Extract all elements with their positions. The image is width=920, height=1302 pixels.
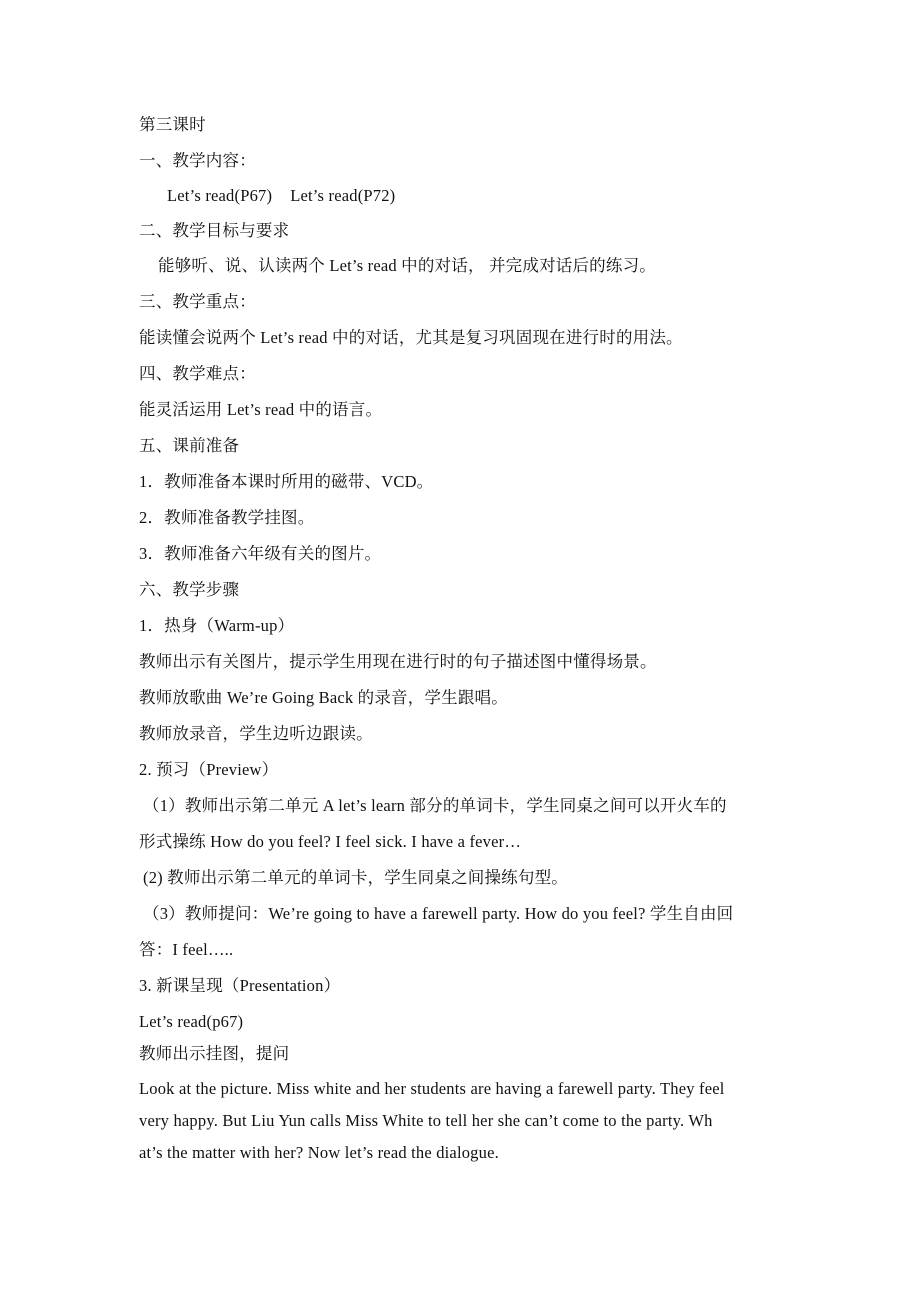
section-heading-key-points: 三、教学重点：	[139, 291, 256, 313]
document-page: 第三课时 一、教学内容： Let’s read(P67)Let’s read(P…	[0, 0, 920, 1302]
presentation-paragraph-line-1: Look at the picture. Miss white and her …	[139, 1078, 725, 1100]
presentation-subheading: Let’s read(p67)	[139, 1011, 243, 1033]
presentation-paragraph-line-3: at’s the matter with her? Now let’s read…	[139, 1142, 499, 1164]
preview-item-3-cont: 答：I feel…..	[139, 939, 233, 961]
section-heading-steps: 六、教学步骤	[139, 579, 239, 601]
preview-item-1: （1）教师出示第二单元 A let’s learn 部分的单词卡，学生同桌之间可…	[143, 795, 727, 817]
key-points-text: 能读懂会说两个 Let’s read 中的对话，尤其是复习巩固现在进行时的用法。	[139, 327, 683, 349]
preparation-item-1: 1．教师准备本课时所用的磁带、VCD。	[139, 471, 433, 493]
goals-text: 能够听、说、认读两个 Let’s read 中的对话， 并完成对话后的练习。	[158, 255, 656, 277]
difficulties-text: 能灵活运用 Let’s read 中的语言。	[139, 399, 382, 421]
lesson-title: 第三课时	[139, 114, 206, 136]
warmup-text-1: 教师出示有关图片，提示学生用现在进行时的句子描述图中懂得场景。	[139, 651, 657, 673]
content-page-1: Let’s read(P67)	[167, 186, 272, 205]
presentation-paragraph-line-2: very happy. But Liu Yun calls Miss White…	[139, 1110, 713, 1132]
preparation-item-3: 3．教师准备六年级有关的图片。	[139, 543, 381, 565]
preview-item-2: (2) 教师出示第二单元的单词卡，学生同桌之间操练句型。	[143, 867, 568, 889]
warmup-text-3: 教师放录音，学生边听边跟读。	[139, 723, 373, 745]
section-heading-content: 一、教学内容：	[139, 150, 256, 172]
section-heading-preparation: 五、课前准备	[139, 435, 239, 457]
preview-item-1-cont: 形式操练 How do you feel? I feel sick. I hav…	[139, 831, 521, 853]
section-heading-difficulties: 四、教学难点：	[139, 363, 256, 385]
content-page-2: Let’s read(P72)	[290, 186, 395, 205]
preview-item-3: （3）教师提问：We’re going to have a farewell p…	[143, 903, 733, 925]
step-warmup-heading: 1．热身（Warm-up）	[139, 615, 294, 637]
step-presentation-heading: 3. 新课呈现（Presentation）	[139, 975, 340, 997]
section-heading-goals: 二、教学目标与要求	[139, 220, 289, 242]
preparation-item-2: 2．教师准备教学挂图。	[139, 507, 314, 529]
presentation-instruction: 教师出示挂图，提问	[139, 1043, 289, 1065]
step-preview-heading: 2. 预习（Preview）	[139, 759, 278, 781]
content-pages: Let’s read(P67)Let’s read(P72)	[167, 185, 395, 207]
warmup-text-2: 教师放歌曲 We’re Going Back 的录音，学生跟唱。	[139, 687, 508, 709]
